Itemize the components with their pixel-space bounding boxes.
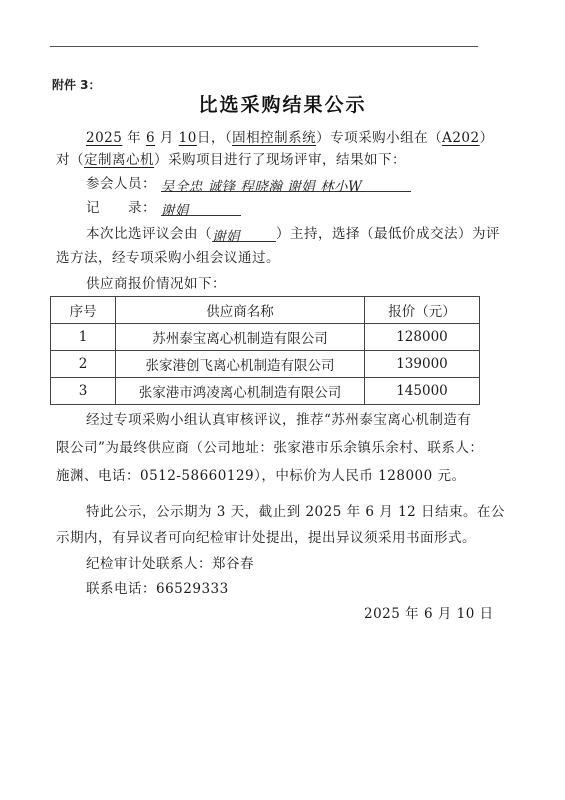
row-no: 1 — [51, 324, 116, 351]
recorder-signature: 谢娟 — [161, 199, 241, 216]
header-rule — [50, 46, 478, 47]
group-suffix: ）专项采购小组在（ — [316, 130, 442, 146]
intro-year: 2025 — [86, 130, 122, 146]
group-name: 固相控制系统 — [232, 130, 316, 146]
document-page: 附件 3： 比选采购结果公示 2025 年 6 月 10日，（固相控制系统）专项… — [0, 0, 565, 800]
month-label: 月 — [160, 130, 174, 146]
intro-month: 6 — [146, 130, 155, 146]
header-supplier: 供应商名称 — [116, 297, 365, 324]
host-signature: 谢娟 — [212, 225, 276, 242]
intro-line-2: 对（定制离心机）采购项目进行了现场评审，结果如下： — [56, 148, 406, 168]
page-title: 比选采购结果公示 — [0, 90, 565, 117]
header-price: 报价（元） — [365, 297, 480, 324]
row-price: 128000 — [365, 324, 480, 351]
result-line-3: 施渊、电话：0512-58660129），中标价为人民币 128000 元。 — [56, 464, 466, 484]
attendees-label: 参会人员： — [86, 176, 156, 192]
row-no: 2 — [51, 351, 116, 378]
row-supplier: 苏州泰宝离心机制造有限公司 — [116, 324, 365, 351]
attendees-signatures: 吴全忠 诚锋 程晓瀚 谢娟 林小W — [161, 175, 411, 192]
location: A202 — [442, 130, 480, 146]
recorder-label: 记 录： — [86, 200, 156, 216]
year-label: 年 — [127, 130, 141, 146]
row-no: 3 — [51, 378, 116, 405]
notice-line-1: 特此公示，公示期为 3 天，截止到 2025 年 6 月 12 日结束。在公 — [86, 500, 505, 520]
contact-person: 纪检审计处联系人：郑谷春 — [86, 552, 254, 572]
result-line-2: 限公司”为最终供应商（公司地址：张家港市乐余镇乐余村、联系人： — [56, 436, 483, 456]
attendees-row: 参会人员： 吴全忠 诚锋 程晓瀚 谢娟 林小W — [86, 172, 411, 192]
table-row: 1 苏州泰宝离心机制造有限公司 128000 — [51, 324, 480, 351]
procurement-item: 定制离心机 — [84, 152, 154, 168]
item-suffix: ）采购项目进行了现场评审，结果如下： — [154, 152, 406, 168]
row-price: 145000 — [365, 378, 480, 405]
day-label: 日，（ — [197, 130, 232, 146]
notice-line-2: 示期内，有异议者可向纪检审计处提出，提出异议须采用书面形式。 — [56, 526, 476, 546]
method-line-2: 选方法，经专项采购小组会议通过。 — [56, 246, 280, 266]
item-prefix: 对（ — [56, 152, 84, 168]
quotes-intro: 供应商报价情况如下： — [86, 272, 226, 292]
method-line-1: 本次比选评议会由（谢娟）主持，选择（最低价成交法）为评 — [86, 222, 500, 242]
header-no: 序号 — [51, 297, 116, 324]
result-line-1: 经过专项采购小组认真审核评议，推荐“苏州泰宝离心机制造有 — [86, 408, 471, 428]
location-suffix: ） — [480, 130, 494, 146]
method-prefix: 本次比选评议会由（ — [86, 226, 212, 242]
row-supplier: 张家港市鸿凌离心机制造有限公司 — [116, 378, 365, 405]
table-row: 2 张家港创飞离心机制造有限公司 139000 — [51, 351, 480, 378]
intro-line-1: 2025 年 6 月 10日，（固相控制系统）专项采购小组在（A202） — [86, 126, 494, 146]
method-suffix: ）主持，选择（最低价成交法）为评 — [276, 226, 500, 242]
intro-day: 10 — [179, 130, 197, 146]
recorder-row: 记 录： 谢娟 — [86, 196, 241, 216]
table-row: 3 张家港市鸿凌离心机制造有限公司 145000 — [51, 378, 480, 405]
table-header-row: 序号 供应商名称 报价（元） — [51, 297, 480, 324]
quotes-table: 序号 供应商名称 报价（元） 1 苏州泰宝离心机制造有限公司 128000 2 … — [50, 296, 480, 405]
notice-date: 2025 年 6 月 10 日 — [364, 602, 494, 622]
row-supplier: 张家港创飞离心机制造有限公司 — [116, 351, 365, 378]
row-price: 139000 — [365, 351, 480, 378]
contact-phone: 联系电话：66529333 — [86, 577, 229, 597]
